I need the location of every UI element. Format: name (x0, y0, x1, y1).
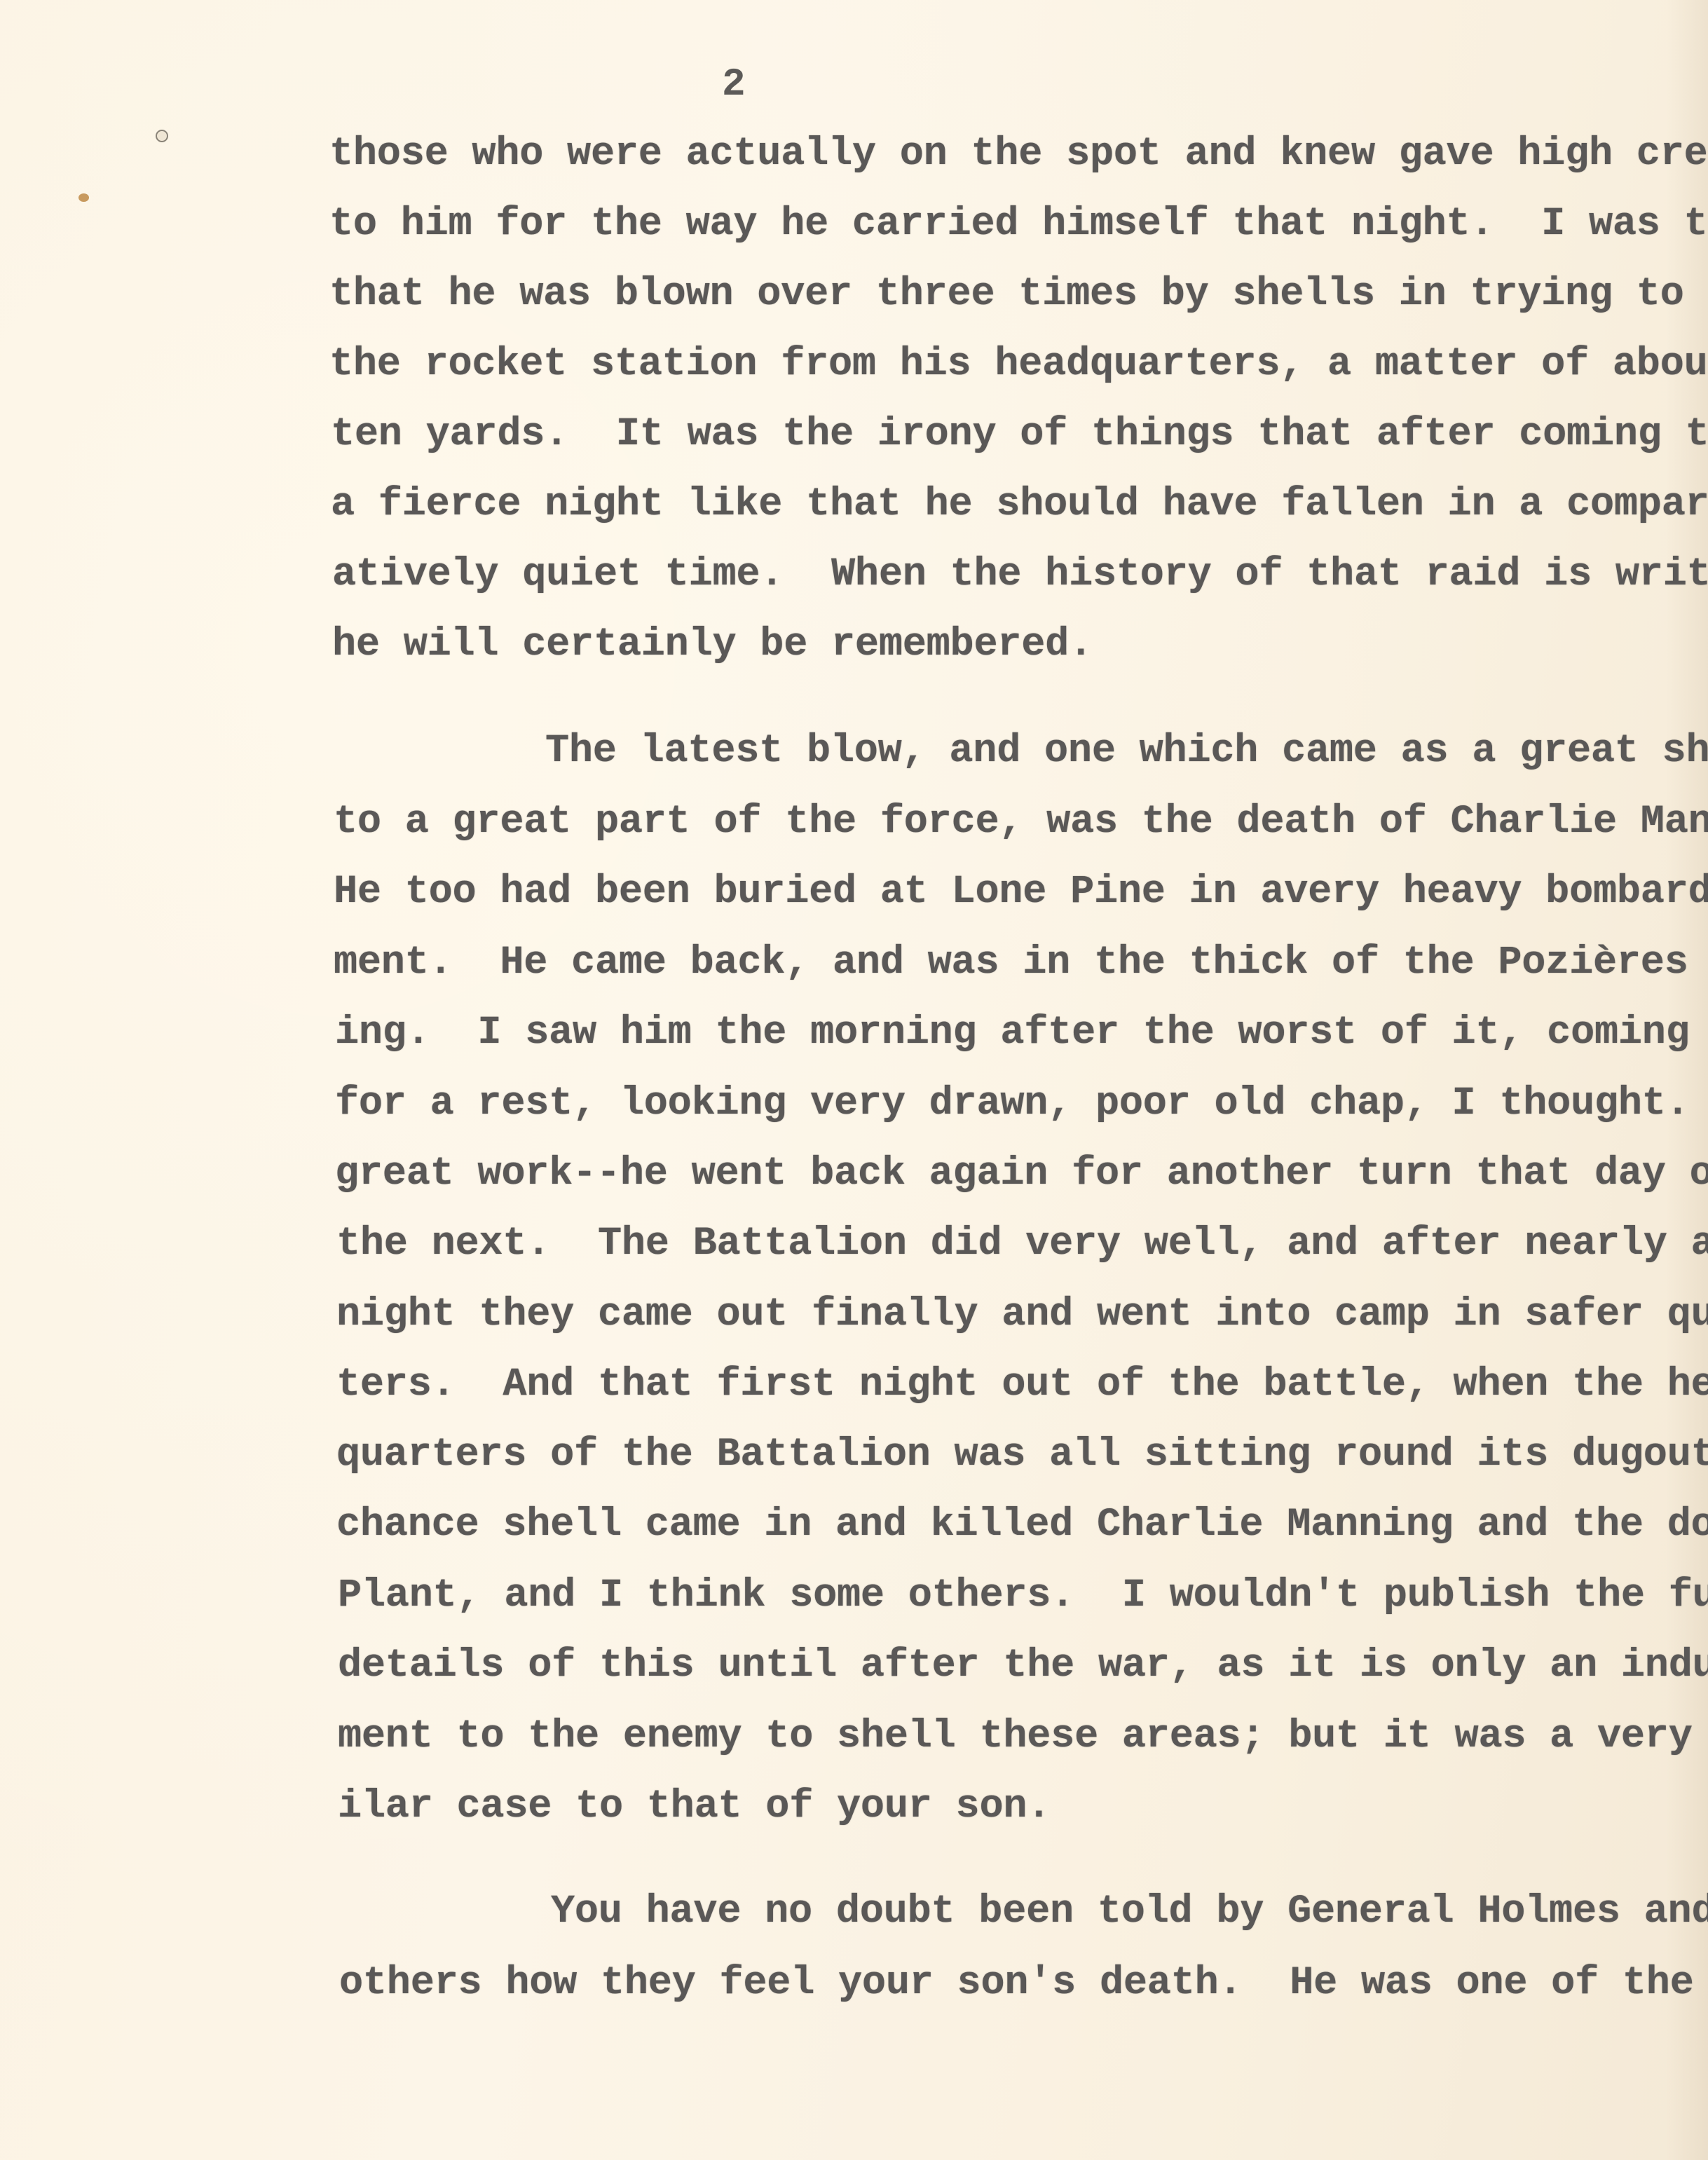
text-line: ten yards. It was the irony of things th… (331, 412, 1708, 457)
text-line: You have no doubt been told by General H… (551, 1889, 1708, 1934)
text-line: details of this until after the war, as … (338, 1643, 1708, 1688)
text-line: a fierce night like that he should have … (331, 482, 1708, 527)
page-number: 2 (722, 62, 746, 107)
paper-blemish-hole (156, 130, 168, 142)
text-line: night they came out finally and went int… (336, 1292, 1708, 1337)
text-line: to a great part of the force, was the de… (334, 800, 1708, 845)
text-line: he will certainly be remembered. (332, 622, 1093, 667)
text-line: chance shell came in and killed Charlie … (336, 1503, 1708, 1547)
text-line: He too had been buried at Lone Pine in a… (334, 870, 1708, 915)
text-line: to him for the way he carried himself th… (329, 202, 1708, 247)
text-line: The latest blow, and one which came as a… (545, 729, 1708, 774)
text-line: ing. I saw him the morning after the wor… (335, 1011, 1708, 1055)
text-line: ment to the enemy to shell these areas; … (338, 1714, 1708, 1759)
text-line: ters. And that first night out of the ba… (336, 1362, 1708, 1407)
text-line: great work--he went back again for anoth… (335, 1151, 1708, 1196)
paper-background (0, 0, 1708, 2160)
paper-blemish-rust (78, 193, 89, 202)
text-line: ilar case to that of your son. (338, 1784, 1051, 1829)
text-line: quarters of the Battalion was all sittin… (336, 1433, 1708, 1477)
text-line: for a rest, looking very drawn, poor old… (335, 1081, 1708, 1126)
text-line: atively quiet time. When the history of … (332, 552, 1708, 597)
text-line: Plant, and I think some others. I wouldn… (338, 1573, 1708, 1618)
text-line: the rocket station from his headquarters… (329, 342, 1708, 387)
text-line: that he was blown over three times by sh… (329, 272, 1708, 317)
text-line: ment. He came back, and was in the thick… (334, 941, 1708, 985)
text-line: the next. The Battalion did very well, a… (336, 1222, 1708, 1266)
page-edge-shadow (1666, 0, 1708, 2160)
text-line: others how they feel your son's death. H… (339, 1961, 1708, 2006)
text-line: those who were actually on the spot and … (329, 132, 1708, 177)
